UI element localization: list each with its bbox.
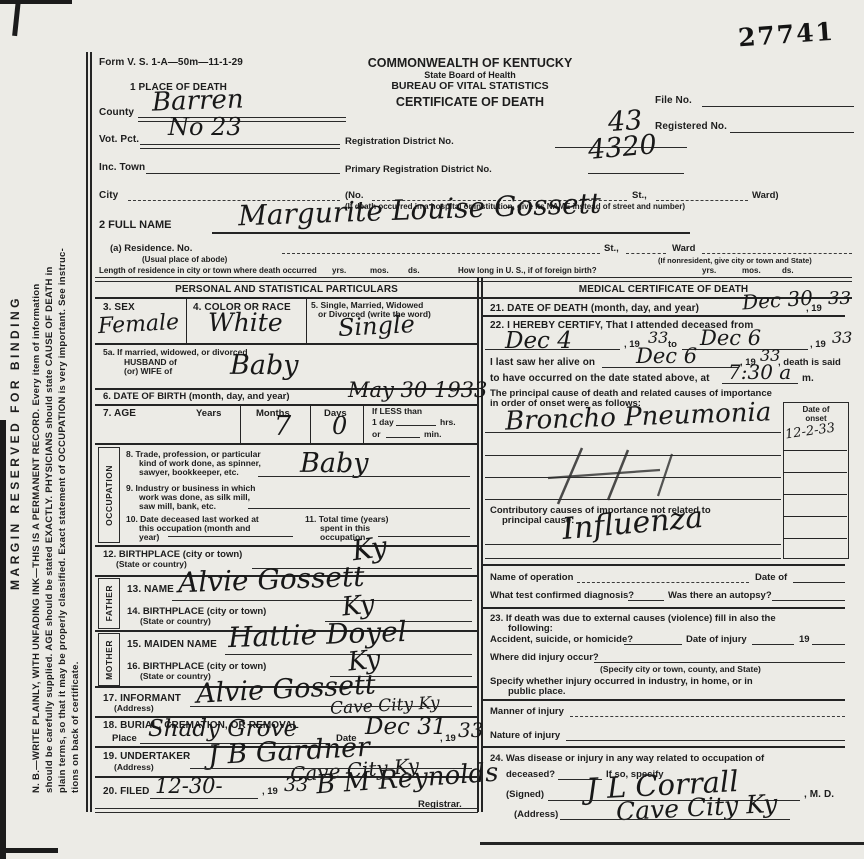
specify-injury-label: public place.: [508, 686, 566, 697]
item5a-label: 5a. If married, widowed, or divorced: [103, 347, 248, 357]
rule: [783, 472, 847, 473]
rule: [482, 315, 845, 317]
rule: [702, 253, 852, 254]
spouse-value: Baby: [230, 350, 298, 381]
rule: [95, 808, 478, 813]
rule: [812, 644, 845, 645]
file-no-label: File No.: [655, 95, 692, 106]
maiden-name-value: Hattie Doyel: [227, 615, 407, 654]
county-label: County: [99, 107, 134, 118]
item21-label: 21. DATE OF DEATH (month, day, and year): [490, 303, 699, 314]
rule: [783, 494, 847, 495]
rule: [626, 253, 666, 254]
rule: [656, 200, 748, 201]
rule: [95, 443, 478, 445]
state-country-sublabel: (State or country): [140, 616, 211, 626]
residence-abode-sublabel: (Usual place of abode): [142, 255, 227, 264]
m-label: m.: [802, 373, 814, 384]
where-injury-label: Where did injury occur?: [490, 652, 599, 663]
date-of-death-value: Dec 30: [741, 286, 813, 315]
margin-note-line: tions on back of certificate.: [69, 88, 82, 793]
printed-19: , 19: [440, 733, 456, 744]
rule: [566, 740, 845, 741]
manner-of-injury-label: Manner of injury: [490, 706, 564, 717]
address-sublabel: (Address): [114, 762, 154, 772]
autopsy-label: Was there an autopsy?: [668, 590, 772, 601]
rule: [594, 662, 845, 663]
ward-label: Ward): [752, 190, 779, 201]
scan-edge-artifact: [0, 848, 58, 853]
occupation-side-label: OCCUPATION: [104, 465, 114, 526]
scan-edge-artifact: [0, 420, 6, 859]
rule: [95, 277, 852, 282]
rule: [560, 819, 790, 820]
howlong-label: How long in U. S., if of foreign birth?: [458, 266, 597, 275]
burial-date-value: Dec 31: [365, 714, 447, 740]
rule: [140, 144, 340, 149]
one-day-label: 1 day: [372, 417, 394, 427]
vot-pct-value: No 23: [168, 113, 242, 141]
rule: [602, 367, 738, 368]
rule: [150, 798, 258, 799]
commonwealth-title: COMMONWEALTH OF KENTUCKY: [305, 56, 635, 70]
father-name-value: Alvie Gossett: [177, 560, 365, 599]
ds-label: ds.: [782, 266, 794, 275]
age-months-value: 7: [274, 411, 291, 442]
certificate-title: CERTIFICATE OF DEATH: [305, 95, 635, 109]
rule: [702, 106, 854, 107]
header-center-block: COMMONWEALTH OF KENTUCKY State Board of …: [305, 56, 635, 109]
rule: [240, 405, 241, 443]
bureau-subtitle: BUREAU OF VITAL STATISTICS: [305, 80, 635, 92]
full-name-label: 2 FULL NAME: [99, 219, 172, 231]
rule: [306, 298, 307, 343]
age-days-value: 0: [332, 412, 347, 440]
residence-ward-label: Ward: [672, 243, 695, 254]
rule: [282, 253, 600, 254]
hour-of-death-value: 7:30 a: [728, 360, 791, 384]
item23-label: following:: [508, 623, 553, 634]
rule: [485, 432, 781, 433]
rule: [783, 516, 847, 517]
rule: [212, 232, 690, 234]
printed-19: , 19: [806, 303, 822, 314]
marital-value: Single: [337, 310, 415, 342]
sex-label: 3. SEX: [103, 302, 135, 313]
md-label: , M. D.: [804, 789, 834, 800]
margin-note-line: N. B.—WRITE PLAINLY, WITH UNFADING INK—T…: [30, 88, 43, 793]
rule: [190, 706, 472, 707]
filed-value: 12-30-: [155, 774, 223, 798]
rule: [485, 544, 781, 545]
date-of-death-year: 33: [828, 288, 851, 309]
length-residence-label: Length of residence in city or town wher…: [99, 266, 317, 275]
street-label: St.,: [632, 190, 647, 201]
item20-label: 20. FILED: [103, 786, 149, 797]
item9-label: saw mill, bank, etc.: [139, 501, 216, 511]
occurred-label: to have occurred on the date stated abov…: [490, 373, 710, 384]
rule: [482, 607, 845, 609]
full-name-value: Margurite Louise Gossett: [238, 187, 602, 233]
father-side-box: FATHER: [98, 578, 120, 629]
or-label: or: [372, 429, 381, 439]
rule: [482, 699, 845, 701]
last-saw-value: Dec 6: [636, 344, 697, 368]
rule: [752, 644, 794, 645]
registration-district-label: Registration District No.: [345, 136, 454, 147]
crossout-mark: [540, 444, 680, 506]
date-of-onset-header: Date of onset: [784, 405, 848, 423]
attended-from-value: Dec 4: [505, 328, 572, 354]
item15-label: 15. MAIDEN NAME: [127, 639, 217, 650]
rule: [772, 600, 845, 601]
signed-label: (Signed): [506, 789, 544, 800]
vot-pct-label: Vot. Pct.: [99, 134, 139, 145]
rule: [186, 298, 187, 343]
rule: [480, 842, 864, 845]
primary-registration-value: 4320: [587, 129, 658, 166]
rule: [86, 52, 88, 812]
item24-label: 24. Was disease or injury in any way rel…: [490, 753, 764, 764]
rule: [363, 405, 364, 443]
mos-label: mos.: [742, 266, 761, 275]
rule: [485, 558, 781, 559]
attended-to-value: Dec 6: [700, 326, 761, 350]
yrs-label: yrs.: [702, 266, 716, 275]
item13-label: 13. NAME: [127, 584, 174, 595]
operation-label: Name of operation: [490, 572, 573, 583]
rule: [386, 437, 420, 438]
rule: [682, 349, 808, 350]
age-label: 7. AGE: [103, 408, 136, 419]
rule: [482, 746, 845, 748]
margin-binding-note: MARGIN RESERVED FOR BINDING: [8, 295, 22, 590]
rule: [482, 564, 845, 566]
rule: [793, 582, 845, 583]
residence-street-label: St.,: [604, 243, 619, 254]
dob-value: May 30 1933: [348, 378, 487, 402]
test-label: What test confirmed diagnosis?: [490, 590, 634, 601]
rule: [95, 545, 478, 547]
sex-value: Female: [97, 310, 179, 339]
mother-side-label: MOTHER: [104, 640, 114, 680]
trade-value: Baby: [300, 448, 368, 479]
date-of-onset-header-line: Date of: [784, 405, 848, 414]
item19-label: 19. UNDERTAKER: [103, 751, 190, 762]
father-side-label: FATHER: [104, 585, 114, 621]
deceased-label: deceased?: [506, 769, 555, 780]
rule: [570, 716, 845, 717]
min-label: min.: [424, 429, 441, 439]
state-country-sublabel: (State or country): [116, 559, 187, 569]
color-race-value: White: [208, 308, 283, 337]
margin-note-line: should be carefully supplied. AGE should…: [43, 88, 56, 793]
rule: [722, 383, 798, 384]
physician-address-label: (Address): [514, 809, 558, 820]
scan-edge-artifact: [12, 0, 21, 36]
board-subtitle: State Board of Health: [305, 70, 635, 80]
inc-town-label: Inc. Town: [99, 162, 145, 173]
burial-place-label: Place: [112, 733, 137, 744]
residence-label: (a) Residence. No.: [110, 243, 192, 254]
hrs-label: hrs.: [440, 417, 456, 427]
registered-no-label: Registered No.: [655, 121, 727, 132]
printed-19: , 19: [262, 786, 278, 797]
printed-19: , 19: [810, 339, 826, 350]
rule: [485, 349, 620, 350]
rule: [588, 173, 684, 174]
rule: [378, 536, 470, 537]
city-label: City: [99, 190, 118, 201]
rule: [248, 508, 470, 509]
operation-date-label: Date of: [755, 572, 787, 583]
scan-edge-artifact: [0, 0, 72, 4]
filed-year-value: 33: [284, 774, 308, 796]
rule: [730, 132, 854, 133]
margin-instructions-note: N. B.—WRITE PLAINLY, WITH UNFADING INK—T…: [30, 88, 82, 793]
last-saw-label: I last saw her alive on: [490, 357, 595, 368]
printed-19: 19: [799, 634, 810, 645]
rule: [783, 450, 847, 451]
yrs-label: yrs.: [332, 266, 346, 275]
death-certificate-scan: MARGIN RESERVED FOR BINDING N. B.—WRITE …: [0, 0, 864, 859]
margin-note-line: plain terms, so that it may be properly …: [56, 88, 69, 793]
certificate-number-stamp: 27741: [737, 17, 836, 53]
rule: [172, 600, 472, 601]
personal-section-header: PERSONAL AND STATISTICAL PARTICULARS: [95, 284, 478, 295]
item8-label: sawyer, bookkeeper, etc.: [139, 467, 239, 477]
rule: [146, 173, 340, 174]
rule: [628, 600, 664, 601]
rule: [577, 582, 749, 583]
rule: [95, 297, 852, 299]
mother-side-box: MOTHER: [98, 633, 120, 686]
burial-year-value: 33: [458, 718, 483, 742]
date-of-onset-header-line: onset: [784, 414, 848, 423]
nature-of-injury-label: Nature of injury: [490, 730, 560, 741]
address-sublabel: (Address): [114, 703, 154, 713]
nonresident-note: (If nonresident, give city or town and S…: [658, 256, 812, 265]
less-than-label: If LESS than: [372, 406, 422, 416]
accident-label: Accident, suicide, or homicide?: [490, 634, 633, 645]
rule: [258, 476, 470, 477]
specify-city-sublabel: (Specify city or town, county, and State…: [600, 664, 761, 674]
rule: [95, 343, 478, 345]
rule: [90, 52, 92, 812]
injury-date-label: Date of injury: [686, 634, 747, 645]
rule: [624, 644, 682, 645]
rule: [396, 425, 436, 426]
occupation-side-box: OCCUPATION: [98, 447, 120, 543]
age-years-label: Years: [196, 408, 221, 419]
attended-to-year: 33: [832, 328, 852, 347]
primary-registration-label: Primary Registration District No.: [345, 164, 492, 175]
item10-label: year): [139, 532, 159, 542]
form-number: Form V. S. 1-A—50m—11-1-29: [99, 57, 243, 68]
rule: [168, 536, 293, 537]
dob-label: 6. DATE OF BIRTH (month, day, and year): [103, 391, 290, 402]
mos-label: mos.: [370, 266, 389, 275]
wife-of-label: (or) WIFE of: [124, 366, 172, 376]
ds-label: ds.: [408, 266, 420, 275]
rule: [310, 405, 311, 443]
rule: [783, 538, 847, 539]
